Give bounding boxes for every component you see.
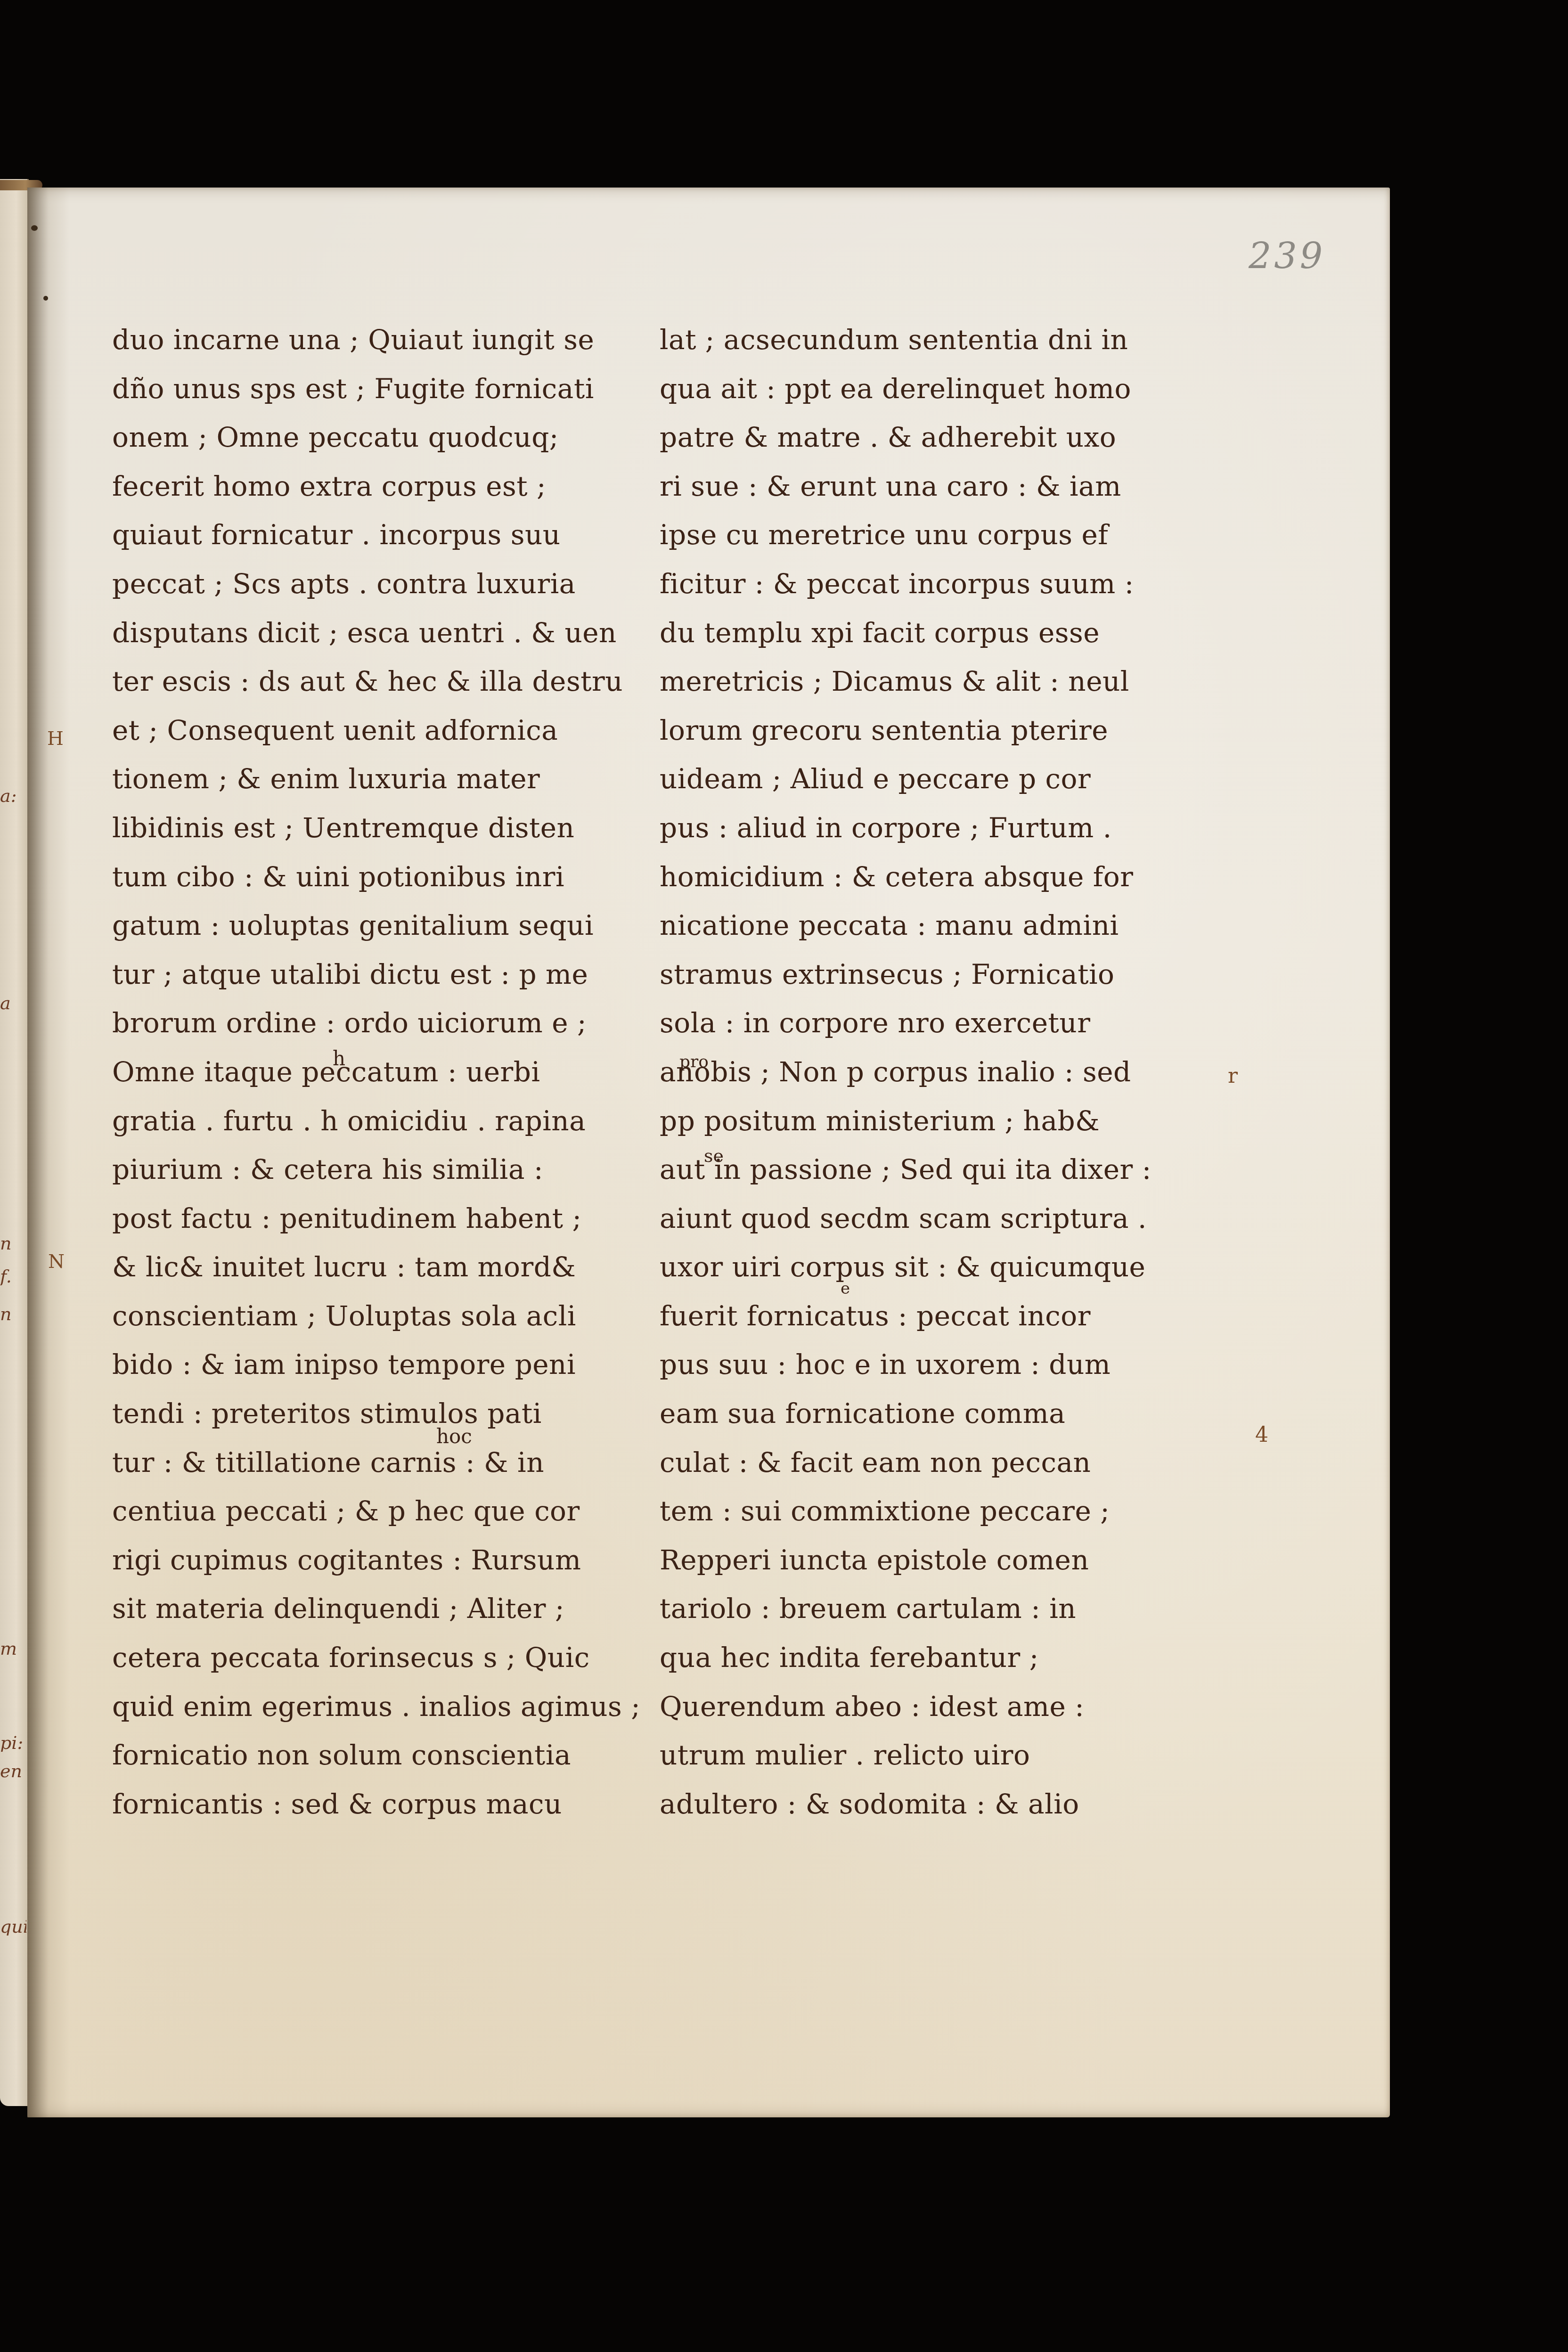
text-line: tur ; atque utalibi dictu est : p me: [112, 950, 659, 999]
text-column-right: lat ; acsecundum sententia dni in qua ai…: [660, 316, 1239, 1829]
text-line: tum cibo : & uini potionibus inri: [112, 853, 659, 902]
manuscript-folio: 239 duo incarne una ; Quiaut iungit se d…: [27, 188, 1390, 2117]
interlinear-gloss: hoc: [436, 1427, 472, 1446]
text-line: adultero : & sodomita : & alio: [660, 1780, 1239, 1829]
text-line: ter escis : ds aut & hec & illa destru: [112, 657, 659, 706]
prev-page-fragment: f.: [0, 1267, 26, 1285]
text-line: tionem ; & enim luxuria mater: [112, 755, 659, 804]
prev-page-fragment: quir: [0, 1918, 26, 1935]
text-line: post factu : penitudinem habent ;: [112, 1194, 659, 1243]
text-line: centiua peccati ; & p hec que cor: [112, 1487, 659, 1536]
text-line: aut in passione ; Sed qui ita dixer :: [660, 1145, 1239, 1194]
previous-page-edge: a: a n f. n m pi: en quir: [0, 179, 29, 2106]
prev-page-fragment: a:: [0, 787, 26, 805]
text-line: duo incarne una ; Quiaut iungit se: [112, 316, 659, 365]
text-line: homicidium : & cetera absque for: [660, 853, 1239, 902]
text-line: sit materia delinquendi ; Aliter ;: [112, 1584, 659, 1633]
text-line: fecerit homo extra corpus est ;: [112, 462, 659, 511]
text-line: Repperi iuncta epistole comen: [660, 1536, 1239, 1585]
text-line: & lic& inuitet lucru : tam mord&: [112, 1243, 659, 1292]
text-line: quid enim egerimus . inalios agimus ;: [112, 1682, 659, 1731]
text-line: et ; Consequent uenit adfornica: [112, 706, 659, 755]
text-line: libidinis est ; Uentremque disten: [112, 804, 659, 853]
text-line: Omne itaque peccatum : uerbi: [112, 1048, 659, 1097]
text-line: utrum mulier . relicto uiro: [660, 1731, 1239, 1780]
prev-page-fragment: a: [0, 994, 26, 1012]
wormhole-mark: [43, 296, 48, 301]
text-line: nicatione peccata : manu admini: [660, 901, 1239, 950]
text-line: uxor uiri corpus sit : & quicumque: [660, 1243, 1239, 1292]
text-line: stramus extrinsecus ; Fornicatio: [660, 950, 1239, 999]
prev-page-fragment: pi:: [0, 1734, 26, 1752]
text-line: eam sua fornicatione comma: [660, 1389, 1239, 1438]
prev-page-fragment: m: [0, 1640, 26, 1658]
text-line: pp positum ministerium ; hab&: [660, 1097, 1239, 1146]
text-line: peccat ; Scs apts . contra luxuria: [112, 560, 659, 609]
text-line: sola : in corpore nro exercetur: [660, 999, 1239, 1048]
wormhole-mark: [31, 225, 38, 231]
text-line: lat ; acsecundum sententia dni in: [660, 316, 1239, 365]
text-line: qua hec indita ferebantur ;: [660, 1633, 1239, 1682]
text-line: du templu xpi facit corpus esse: [660, 609, 1239, 658]
text-line: ri sue : & erunt una caro : & iam: [660, 462, 1239, 511]
text-line: tur : & titillatione carnis : & in: [112, 1438, 659, 1487]
text-line: bido : & iam inipso tempore peni: [112, 1340, 659, 1389]
prev-page-fragment: en: [0, 1762, 26, 1780]
text-line: patre & matre . & adherebit uxo: [660, 413, 1239, 462]
text-line: qua ait : ppt ea derelinquet homo: [660, 365, 1239, 414]
interlinear-gloss: e: [841, 1281, 850, 1297]
text-line: onem ; Omne peccatu quodcuq;: [112, 413, 659, 462]
text-line: tem : sui commixtione peccare ;: [660, 1487, 1239, 1536]
text-line: piurium : & cetera his similia :: [112, 1145, 659, 1194]
text-line: fornicantis : sed & corpus macu: [112, 1780, 659, 1829]
text-column-left: duo incarne una ; Quiaut iungit se dño u…: [112, 316, 659, 1829]
text-line: conscientiam ; Uoluptas sola acli: [112, 1292, 659, 1341]
text-line: fornicatio non solum conscientia: [112, 1731, 659, 1780]
text-line: quiaut fornicatur . incorpus suu: [112, 511, 659, 560]
text-line: ficitur : & peccat incorpus suum :: [660, 560, 1239, 609]
text-line: ipse cu meretrice unu corpus ef: [660, 511, 1239, 560]
text-line: meretricis ; Dicamus & alit : neul: [660, 657, 1239, 706]
text-line: fuerit fornicatus : peccat incor: [660, 1292, 1239, 1341]
text-line: brorum ordine : ordo uiciorum e ;: [112, 999, 659, 1048]
text-line: dño unus sps est ; Fugite fornicati: [112, 365, 659, 414]
text-line: cetera peccata forinsecus s ; Quic: [112, 1633, 659, 1682]
text-line: disputans dicit ; esca uentri . & uen: [112, 609, 659, 658]
interlinear-gloss: h: [333, 1049, 345, 1069]
text-line: Querendum abeo : idest ame :: [660, 1682, 1239, 1731]
margin-mark-left: H: [47, 729, 64, 748]
text-line: gratia . furtu . h omicidiu . rapina: [112, 1097, 659, 1146]
gutter-shadow: [27, 188, 70, 2117]
prev-page-fragment: n: [0, 1305, 26, 1323]
text-line: gatum : uoluptas genitalium sequi: [112, 901, 659, 950]
text-line: aiunt quod secdm scam scriptura .: [660, 1194, 1239, 1243]
text-line: tariolo : breuem cartulam : in: [660, 1584, 1239, 1633]
interlinear-gloss: pro: [679, 1053, 709, 1070]
margin-mark-right: r: [1228, 1066, 1238, 1086]
text-line: culat : & facit eam non peccan: [660, 1438, 1239, 1487]
text-line: pus suu : hoc e in uxorem : dum: [660, 1340, 1239, 1389]
text-line: uideam ; Aliud e peccare p cor: [660, 755, 1239, 804]
interlinear-gloss: se: [704, 1147, 724, 1165]
text-line: lorum grecoru sententia pterire: [660, 706, 1239, 755]
text-line: rigi cupimus cogitantes : Rursum: [112, 1536, 659, 1585]
folio-number: 239: [1249, 235, 1325, 277]
text-line: pus : aliud in corpore ; Furtum .: [660, 804, 1239, 853]
prev-page-fragment: n: [0, 1234, 26, 1252]
text-line: tendi : preteritos stimulos pati: [112, 1389, 659, 1438]
margin-mark-right: 4: [1255, 1425, 1268, 1445]
text-line: anobis ; Non p corpus inalio : sed: [660, 1048, 1239, 1097]
margin-mark-left: N: [48, 1252, 65, 1271]
